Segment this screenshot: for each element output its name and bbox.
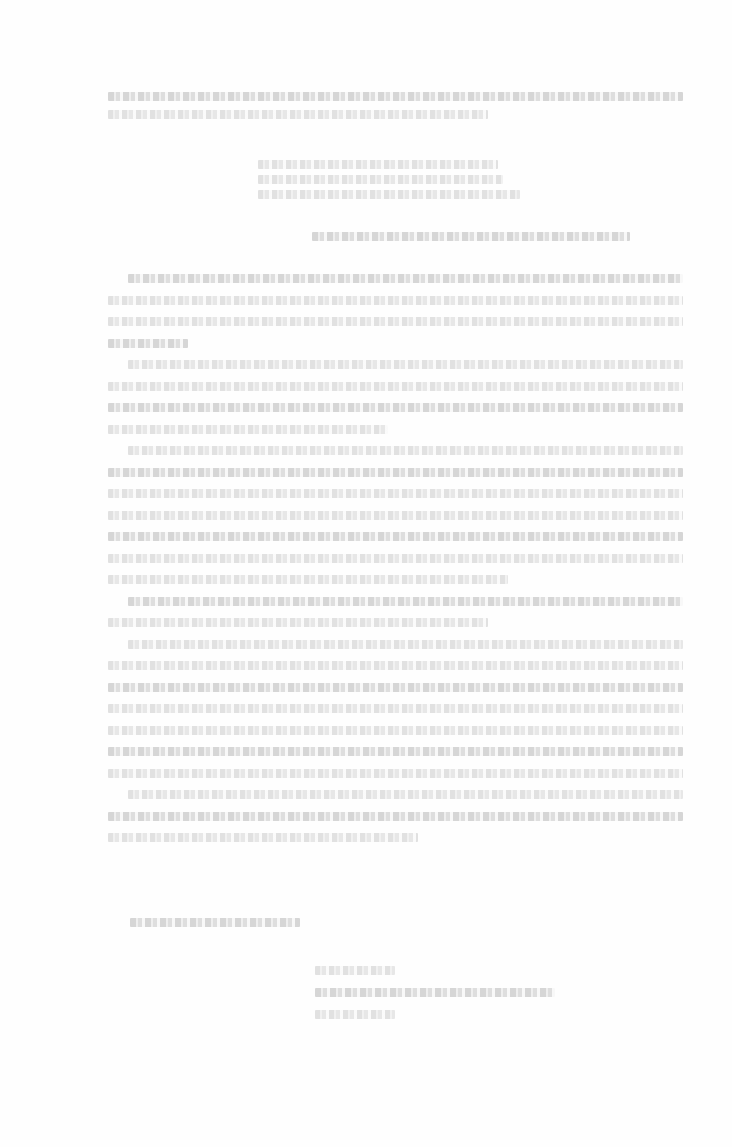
text-line	[108, 403, 683, 412]
text-line	[108, 554, 683, 563]
text-line	[108, 317, 683, 326]
text-line	[128, 597, 683, 606]
text-line	[108, 511, 683, 520]
text-line	[108, 747, 683, 756]
text-line	[108, 425, 388, 434]
text-line	[108, 661, 683, 670]
text-line	[108, 618, 488, 627]
text-line	[128, 790, 683, 799]
text-line	[108, 339, 188, 348]
text-line	[108, 382, 683, 391]
text-line	[128, 360, 683, 369]
text-line	[108, 833, 418, 842]
text-line	[108, 532, 683, 541]
text-line	[108, 726, 683, 735]
text-line	[108, 769, 683, 778]
text-line	[108, 489, 683, 498]
text-line	[108, 683, 683, 692]
text-line	[108, 812, 683, 821]
text-line	[108, 296, 683, 305]
text-line	[128, 640, 683, 649]
text-line	[108, 704, 683, 713]
text-line	[108, 468, 683, 477]
text-line	[128, 274, 683, 283]
text-line	[128, 446, 683, 455]
scanned-document-page	[0, 0, 732, 1147]
text-line	[108, 575, 508, 584]
